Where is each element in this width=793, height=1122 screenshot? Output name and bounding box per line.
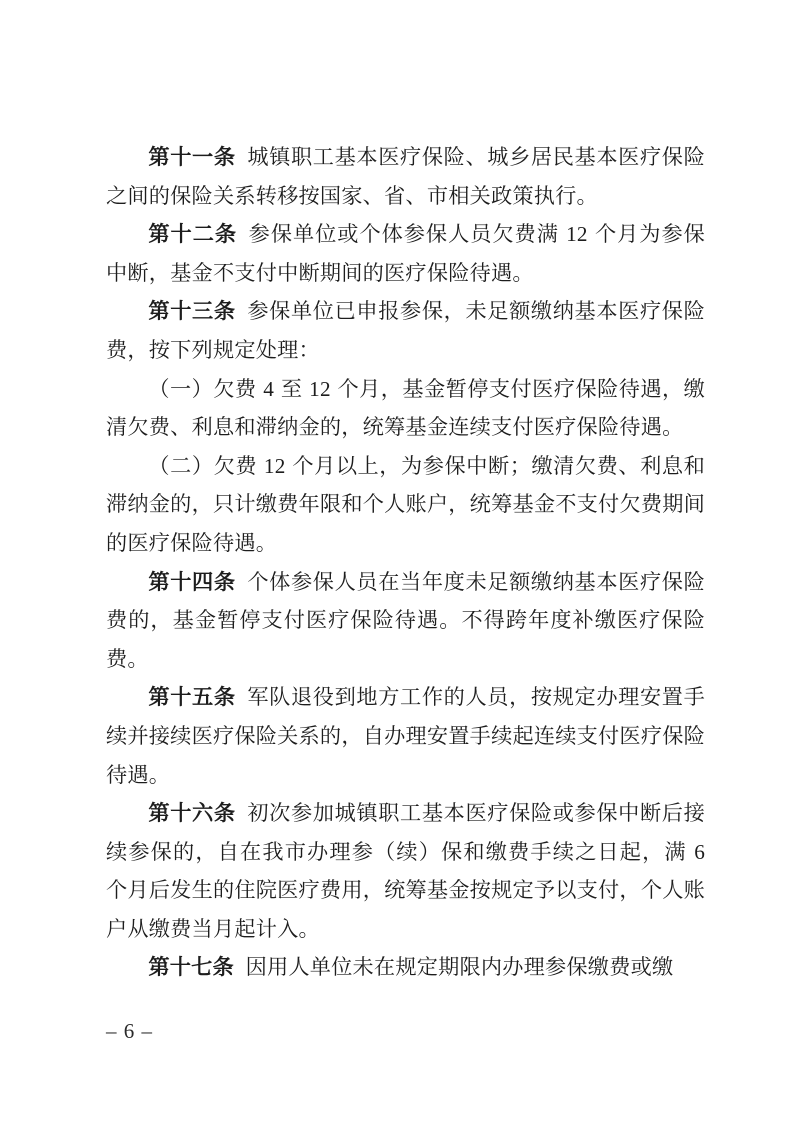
article-number: 第十五条 (148, 685, 235, 709)
article-number: 第十六条 (148, 801, 235, 825)
article-13-item-1: （一）欠费 4 至 12 个月，基金暂停支付医疗保险待遇，缴清欠费、利息和滞纳金… (106, 370, 705, 447)
document-page: 第十一条城镇职工基本医疗保险、城乡居民基本医疗保险之间的保险关系转移按国家、省、… (0, 0, 793, 1122)
article-text: （二）欠费 12 个月以上，为参保中断；缴清欠费、利息和滞纳金的，只计缴费年限和… (106, 454, 705, 555)
article-13-item-2: （二）欠费 12 个月以上，为参保中断；缴清欠费、利息和滞纳金的，只计缴费年限和… (106, 447, 705, 563)
article-paragraph-17: 第十七条因用人单位未在规定期限内办理参保缴费或缴 (106, 948, 705, 987)
article-text: （一）欠费 4 至 12 个月，基金暂停支付医疗保险待遇，缴清欠费、利息和滞纳金… (106, 377, 705, 440)
page-number: – 6 – (106, 1016, 153, 1046)
article-paragraph-12: 第十二条参保单位或个体参保人员欠费满 12 个月为参保中断，基金不支付中断期间的… (106, 215, 705, 292)
article-paragraph-16: 第十六条初次参加城镇职工基本医疗保险或参保中断后接续参保的，自在我市办理参（续）… (106, 794, 705, 948)
article-number: 第十二条 (148, 222, 237, 246)
article-number: 第十一条 (148, 145, 235, 169)
document-body: 第十一条城镇职工基本医疗保险、城乡居民基本医疗保险之间的保险关系转移按国家、省、… (106, 138, 705, 987)
article-paragraph-14: 第十四条个体参保人员在当年度未足额缴纳基本医疗保险费的，基金暂停支付医疗保险待遇… (106, 563, 705, 679)
article-text: 因用人单位未在规定期限内办理参保缴费或缴 (246, 955, 674, 979)
article-paragraph-15: 第十五条军队退役到地方工作的人员，按规定办理安置手续并接续医疗保险关系的，自办理… (106, 678, 705, 794)
article-paragraph-11: 第十一条城镇职工基本医疗保险、城乡居民基本医疗保险之间的保险关系转移按国家、省、… (106, 138, 705, 215)
article-paragraph-13: 第十三条参保单位已申报参保，未足额缴纳基本医疗保险费，按下列规定处理： (106, 292, 705, 369)
article-number: 第十七条 (148, 955, 234, 979)
article-number: 第十三条 (148, 299, 235, 323)
article-number: 第十四条 (148, 570, 235, 594)
